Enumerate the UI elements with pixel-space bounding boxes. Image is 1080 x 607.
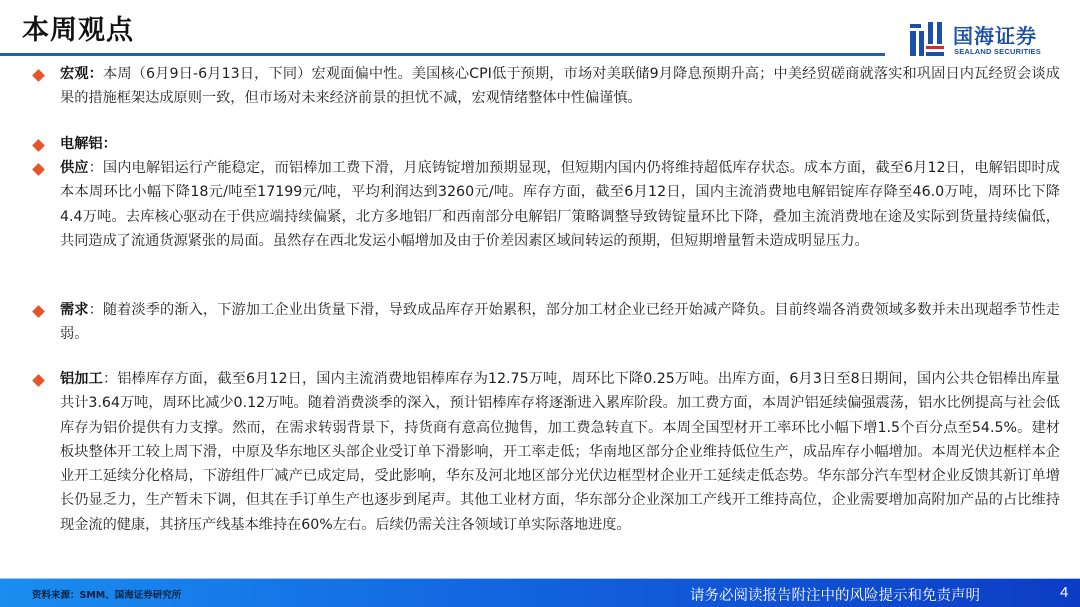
section-text-macro: 本周（6月9日-6月13日，下同）宏观面偏中性。美国核心CPI低于预期，市场对美… bbox=[60, 66, 1060, 106]
page-title: 本周观点 bbox=[22, 8, 134, 47]
bullet-diamond-icon bbox=[32, 305, 45, 318]
page-number: 4 bbox=[1060, 584, 1068, 601]
logo-name-en: SEALAND SECURITIES bbox=[954, 47, 1041, 56]
section-label-supply: 供应 bbox=[60, 160, 89, 176]
disclaimer-text: 请务必阅读报告附注中的风险提示和免责声明 bbox=[690, 584, 980, 605]
section-label-demand: 需求 bbox=[60, 302, 89, 318]
section-label-macro: 宏观： bbox=[60, 66, 103, 82]
paragraph-demand: 需求：随着淡季的渐入，下游加工企业出货量下滑，导致成品库存开始累积，部分加工材企… bbox=[60, 298, 1060, 347]
slide-header: 本周观点 国海证券 SEALAND SECURITIES bbox=[0, 0, 1080, 60]
section-text-demand: ：随着淡季的渐入，下游加工企业出货量下滑，导致成品库存开始累积，部分加工材企业已… bbox=[60, 302, 1060, 342]
company-logo: 国海证券 SEALAND SECURITIES bbox=[908, 20, 1068, 62]
slide-footer: 资料来源：SMM、国海证券研究所 请务必阅读报告附注中的风险提示和免责声明 4 bbox=[0, 578, 1080, 607]
logo-name-cn: 国海证券 bbox=[953, 20, 1037, 49]
section-text-aluminum-processing: ：铝棒库存方面，截至6月12日，国内主流消费地铝棒库存为12.75万吨，周环比下… bbox=[60, 371, 1060, 533]
title-divider bbox=[0, 53, 885, 56]
data-source-note: 资料来源：SMM、国海证券研究所 bbox=[32, 587, 181, 601]
bullet-diamond-icon bbox=[32, 374, 45, 387]
paragraph-supply: 供应：国内电解铝运行产能稳定，而铝棒加工费下滑，月底铸锭增加预期显现，但短期内国… bbox=[60, 156, 1060, 253]
section-text-supply: ：国内电解铝运行产能稳定，而铝棒加工费下滑，月底铸锭增加预期显现，但短期内国内仍… bbox=[60, 160, 1060, 249]
sealand-logo-icon bbox=[908, 20, 946, 58]
bullet-diamond-icon bbox=[32, 139, 45, 152]
paragraph-aluminum-processing: 铝加工：铝棒库存方面，截至6月12日，国内主流消费地铝棒库存为12.75万吨，周… bbox=[60, 367, 1060, 537]
section-label-electrolytic-aluminum: 电解铝： bbox=[60, 136, 117, 152]
section-label-aluminum-processing: 铝加工 bbox=[60, 371, 103, 387]
paragraph-macro: 宏观：本周（6月9日-6月13日，下同）宏观面偏中性。美国核心CPI低于预期，市… bbox=[60, 62, 1060, 111]
bullet-diamond-icon bbox=[32, 163, 45, 176]
paragraph-electrolytic-aluminum: 电解铝： bbox=[60, 132, 1060, 156]
bullet-diamond-icon bbox=[32, 69, 45, 82]
